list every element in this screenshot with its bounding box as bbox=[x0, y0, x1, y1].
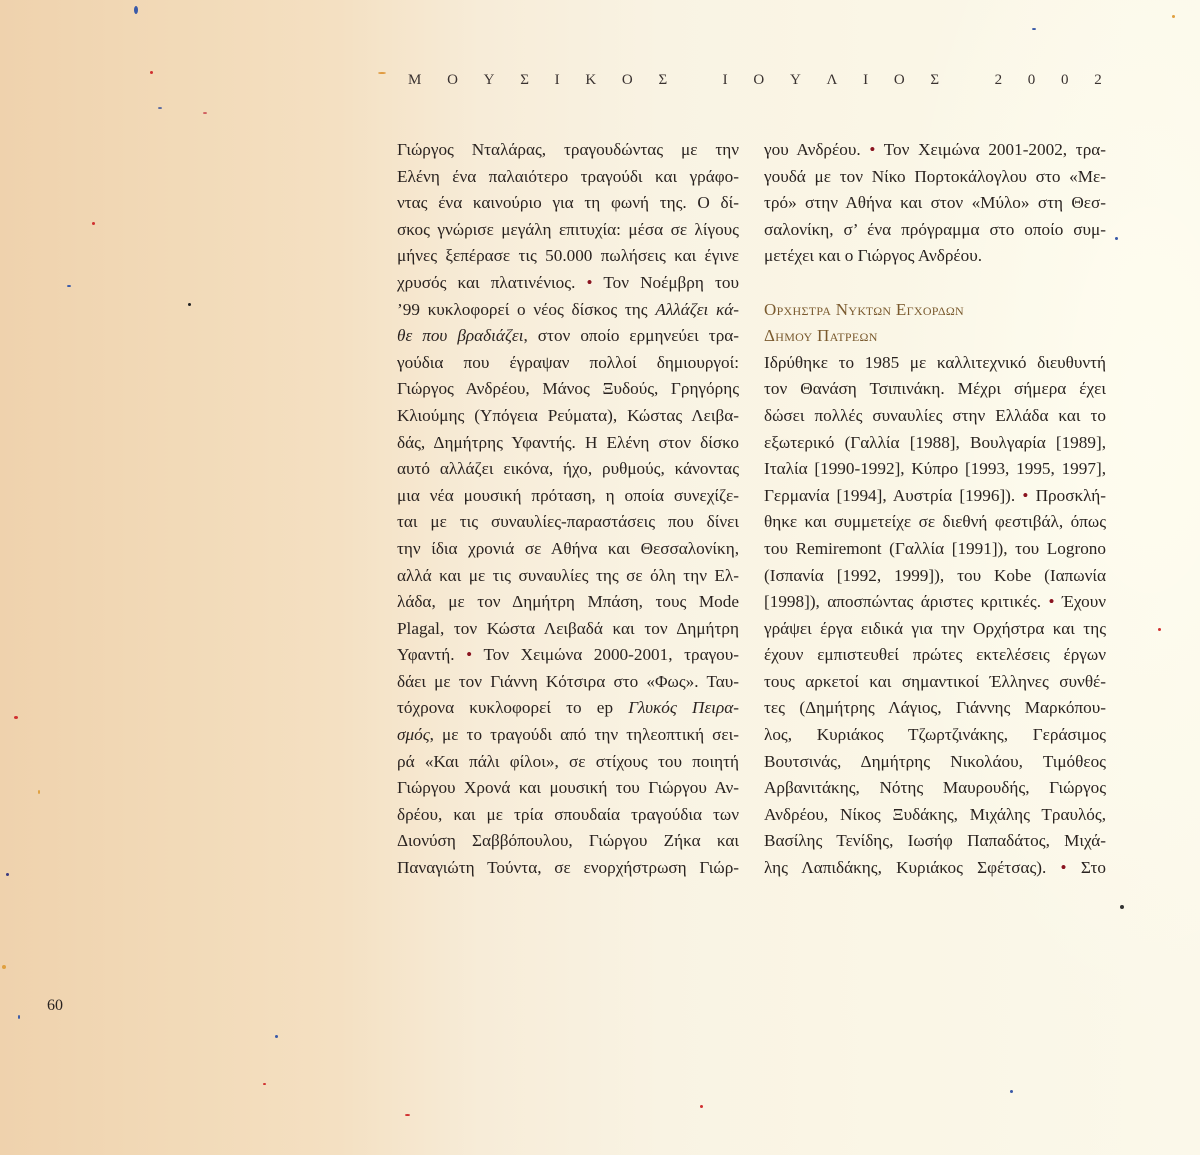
text-fragment: χρυσός και πλατινένιος. bbox=[397, 273, 575, 292]
left-text-column: Γιώργος Νταλάρας, τραγουδώντας με την Ελ… bbox=[397, 137, 739, 882]
paragraph-spacer bbox=[764, 270, 1106, 297]
paper-fleck bbox=[1032, 28, 1036, 30]
header-letter: Ο bbox=[753, 72, 764, 89]
header-letter: Σ bbox=[520, 72, 529, 89]
bullet-icon: • bbox=[586, 273, 592, 292]
text-line: λης Λαπιδάκης, Κυριάκος Σφέτσας). • Στο bbox=[764, 855, 1106, 882]
text-line: Διονύση Σαββόπουλου, Γιώργου Ζήκα και bbox=[397, 828, 739, 855]
paper-fleck bbox=[1010, 1090, 1013, 1093]
text-line: Plagal, τον Κώστα Λειβαδά και τον Δημήτρ… bbox=[397, 616, 739, 643]
text-fragment: γου Ανδρέου. bbox=[764, 140, 861, 159]
text-line: Βουτσινάς, Δημήτρης Νικολάου, Τιμόθεος bbox=[764, 749, 1106, 776]
paper-fleck bbox=[67, 285, 71, 287]
text-line: σμός, με το τραγούδι από την τηλεοπτική … bbox=[397, 722, 739, 749]
paper-fleck bbox=[150, 71, 153, 74]
text-line: ’99 κυκλοφορεί ο νέος δίσκος της Αλλάζει… bbox=[397, 297, 739, 324]
text-line: τόχρονα κυκλοφορεί το ep Γλυκός Πειρα- bbox=[397, 695, 739, 722]
paper-fleck bbox=[6, 873, 9, 876]
text-line: αλλά και με τις συναυλίες της σε όλη την… bbox=[397, 563, 739, 590]
text-line: Κλιούμης (Υπόγεια Ρεύματα), Κώστας Λειβα… bbox=[397, 403, 739, 430]
text-line: [1998]), αποσπώντας άριστες κριτικές. • … bbox=[764, 589, 1106, 616]
album-title: Γλυκός Πειρα- bbox=[628, 698, 739, 717]
header-letter: Μ bbox=[408, 72, 421, 89]
text-line: τον Θανάση Τσιπινάκη. Μέχρι σήμερα έχει bbox=[764, 376, 1106, 403]
text-line: γούδια που έγραψαν πολλοί δημιουργοί: bbox=[397, 350, 739, 377]
paper-fleck bbox=[1172, 15, 1175, 18]
text-fragment: [1998]), αποσπώντας άριστες κριτικές. bbox=[764, 592, 1041, 611]
header-letter: Ο bbox=[447, 72, 458, 89]
text-line: Γερμανία [1994], Αυστρία [1996]). • Προσ… bbox=[764, 483, 1106, 510]
text-fragment: Υφαντή. bbox=[397, 645, 455, 664]
header-letter: 2 bbox=[995, 72, 1003, 89]
text-line: χρυσός και πλατινένιος. • Τον Νοέμβρη το… bbox=[397, 270, 739, 297]
header-letter: Ι bbox=[723, 72, 728, 89]
text-line: Ελένη ένα παλαιότερο τραγούδι και γράφο- bbox=[397, 164, 739, 191]
paper-fleck bbox=[92, 222, 95, 225]
header-letter: 0 bbox=[1061, 72, 1069, 89]
text-line: Βασίλης Τενίδης, Ιωσήφ Παπαδάτος, Μιχά- bbox=[764, 828, 1106, 855]
paper-fleck bbox=[378, 72, 386, 74]
text-line: λάδα, με τον Δημήτρη Μπάση, τους Mode bbox=[397, 589, 739, 616]
header-letter: Ο bbox=[894, 72, 905, 89]
text-fragment: Προσκλή- bbox=[1036, 486, 1106, 505]
text-fragment: Έχουν bbox=[1062, 592, 1106, 611]
text-fragment: τόχρονα κυκλοφορεί το ep bbox=[397, 698, 613, 717]
paper-fleck bbox=[1120, 905, 1124, 909]
text-line: λος, Κυριάκος Τζωρτζινάκης, Γεράσιμος bbox=[764, 722, 1106, 749]
text-line: Ιδρύθηκε το 1985 με καλλιτεχνικό διευθυν… bbox=[764, 350, 1106, 377]
text-line: μια νέα μουσική πρόταση, η οποία συνεχίζ… bbox=[397, 483, 739, 510]
text-line: Γιώργος Ανδρέου, Μάνος Ξυδούς, Γρηγόρης bbox=[397, 376, 739, 403]
bullet-icon: • bbox=[1022, 486, 1028, 505]
text-line: τρό» στην Αθήνα και στον «Μύλο» στη Θεσ- bbox=[764, 190, 1106, 217]
paper-fleck bbox=[1115, 237, 1118, 240]
text-fragment: , στον οποίο ερμηνεύει τρα- bbox=[523, 326, 739, 345]
header-letter: Λ bbox=[827, 72, 838, 89]
text-line: Υφαντή. • Τον Χειμώνα 2000-2001, τραγου- bbox=[397, 642, 739, 669]
header-word-gap bbox=[693, 72, 697, 89]
paper-fleck bbox=[18, 1015, 20, 1019]
text-line: θε που βραδιάζει, στον οποίο ερμηνεύει τ… bbox=[397, 323, 739, 350]
header-letter: Ι bbox=[863, 72, 868, 89]
text-line: Ιταλία [1990-1992], Κύπρο [1993, 1995, 1… bbox=[764, 456, 1106, 483]
text-line: γράψει έργα ειδικά για την Ορχήστρα και … bbox=[764, 616, 1106, 643]
paper-fleck bbox=[263, 1083, 266, 1085]
text-line: Γιώργος Νταλάρας, τραγουδώντας με την bbox=[397, 137, 739, 164]
paper-fleck bbox=[38, 790, 40, 794]
album-title: Αλλάζει κά- bbox=[655, 300, 739, 319]
paper-fleck bbox=[134, 6, 138, 14]
text-line: τες (Δημήτρης Λάγιος, Γιάννης Μαρκόπου- bbox=[764, 695, 1106, 722]
bullet-icon: • bbox=[466, 645, 472, 664]
header-letter: Ο bbox=[622, 72, 633, 89]
text-line: τους αρκετοί και σημαντικοί Έλληνες συνθ… bbox=[764, 669, 1106, 696]
text-line: Αρβανιτάκης, Νότης Μαυρουδής, Γιώργος bbox=[764, 775, 1106, 802]
text-line: γουδά με τον Νίκο Πορτοκάλογλου στο «Με- bbox=[764, 164, 1106, 191]
text-line: σαλονίκη, σ’ ένα πρόγραμμα στο οποίο συμ… bbox=[764, 217, 1106, 244]
right-text-column: γου Ανδρέου. • Τον Χειμώνα 2001-2002, τρ… bbox=[764, 137, 1106, 882]
header-letter: Κ bbox=[585, 72, 596, 89]
section-heading: Ορχηστρα Νυκτων Εγχορδων bbox=[764, 297, 1106, 324]
paper-fleck bbox=[1158, 628, 1161, 631]
paper-fleck bbox=[158, 107, 162, 109]
header-letter: 2 bbox=[1094, 72, 1102, 89]
text-fragment: λης Λαπιδάκης, Κυριάκος Σφέτσας). bbox=[764, 858, 1046, 877]
text-line: θηκε και συμμετείχε σε διεθνή φεστιβάλ, … bbox=[764, 509, 1106, 536]
header-letter: Σ bbox=[930, 72, 939, 89]
header-letter: 0 bbox=[1028, 72, 1036, 89]
text-line: αυτό αλλάζει εικόνα, ήχο, ρυθμούς, κάνον… bbox=[397, 456, 739, 483]
text-line: δρέου, και με τρία σπουδαία τραγούδια τω… bbox=[397, 802, 739, 829]
text-line: Ανδρέου, Νίκος Ξυδάκης, Μιχάλης Τραυλός, bbox=[764, 802, 1106, 829]
bullet-icon: • bbox=[1061, 858, 1067, 877]
text-line: μήνες ξεπέρασε τις 50.000 πωλήσεις και έ… bbox=[397, 243, 739, 270]
text-line: Παναγιώτη Τούντα, σε ενορχήστρωση Γιώρ- bbox=[397, 855, 739, 882]
text-fragment: ’99 κυκλοφορεί ο νέος δίσκος της bbox=[397, 300, 648, 319]
text-fragment: Στο bbox=[1081, 858, 1106, 877]
text-line: την ίδια χρονιά σε Αθήνα και Θεσσαλονίκη… bbox=[397, 536, 739, 563]
text-line: ρά «Και πάλι φίλοι», σε στίχους του ποιη… bbox=[397, 749, 739, 776]
header-letter: Υ bbox=[790, 72, 801, 89]
text-fragment: Τον Χειμώνα 2000-2001, τραγου- bbox=[483, 645, 739, 664]
paper-fleck bbox=[700, 1105, 703, 1108]
paper-fleck bbox=[2, 965, 6, 969]
paper-fleck bbox=[405, 1114, 410, 1116]
paper-fleck bbox=[188, 303, 191, 306]
text-line: μετέχει και ο Γιώργος Ανδρέου. bbox=[764, 243, 1106, 270]
text-line: (Ισπανία [1992, 1999]), του Kobe (Ιαπωνί… bbox=[764, 563, 1106, 590]
text-line: Γιώργου Χρονά και μουσική του Γιώργου Αν… bbox=[397, 775, 739, 802]
text-line: δώσει πολλές συναυλίες στην Ελλάδα και τ… bbox=[764, 403, 1106, 430]
text-line: δάει με τον Γιάννη Κότσιρα στο «Φως». Τα… bbox=[397, 669, 739, 696]
text-line: ντας ένα καινούριο για τη φωνή της. Ο δί… bbox=[397, 190, 739, 217]
bullet-icon: • bbox=[1048, 592, 1054, 611]
text-fragment: Τον Νοέμβρη του bbox=[603, 273, 739, 292]
text-line: γου Ανδρέου. • Τον Χειμώνα 2001-2002, τρ… bbox=[764, 137, 1106, 164]
header-letter: Ι bbox=[555, 72, 560, 89]
album-title: θε που βραδιάζει bbox=[397, 326, 523, 345]
running-header: Μ Ο Υ Σ Ι Κ Ο Σ Ι Ο Υ Λ Ι Ο Σ 2 0 0 2 bbox=[408, 72, 1102, 89]
page-number: 60 bbox=[47, 997, 63, 1015]
text-fragment: Τον Χειμώνα 2001-2002, τρα- bbox=[884, 140, 1106, 159]
text-line: δάς, Δημήτρης Υφαντής. Η Ελένη στον δίσκ… bbox=[397, 430, 739, 457]
paper-fleck bbox=[275, 1035, 278, 1038]
section-heading: Δημου Πατρεων bbox=[764, 323, 1106, 350]
text-fragment: Γερμανία [1994], Αυστρία [1996]). bbox=[764, 486, 1015, 505]
header-word-gap bbox=[965, 72, 969, 89]
paper-fleck bbox=[14, 716, 18, 719]
text-fragment: , με το τραγούδι από την τηλεοπτική σει- bbox=[430, 725, 739, 744]
paper-fleck bbox=[203, 112, 207, 114]
text-line: του Remiremont (Γαλλία [1991]), του Logr… bbox=[764, 536, 1106, 563]
bullet-icon: • bbox=[869, 140, 875, 159]
header-letter: Υ bbox=[484, 72, 495, 89]
text-line: εξωτερικό (Γαλλία [1988], Βουλγαρία [198… bbox=[764, 430, 1106, 457]
header-letter: Σ bbox=[658, 72, 667, 89]
text-line: ται με τις συναυλίες-παραστάσεις που δίν… bbox=[397, 509, 739, 536]
text-line: σκος γνώρισε μεγάλη επιτυχία: μέσα σε λί… bbox=[397, 217, 739, 244]
text-line: έχουν εμπιστευθεί πρώτες εκτελέσεις έργω… bbox=[764, 642, 1106, 669]
album-title: σμός bbox=[397, 725, 430, 744]
